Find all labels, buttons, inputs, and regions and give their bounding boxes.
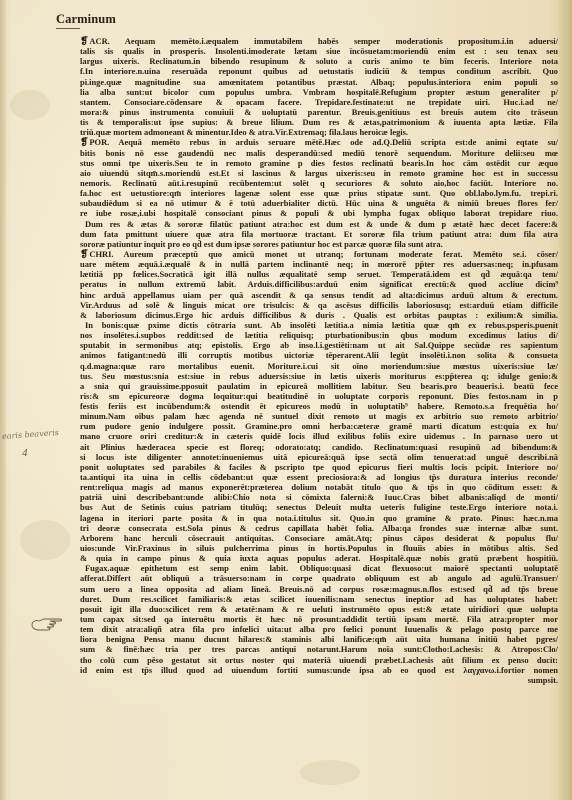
- text-line: rent:reliqua magis ad manus exponerēt:pr…: [80, 482, 558, 492]
- text-line: f.In interiore.n.uina reseruāda reponunt…: [80, 66, 558, 76]
- text-line: sum & finē:hæc tria per tres parcas anti…: [80, 644, 558, 654]
- handwritten-margin-note: earis beaveris: [2, 428, 59, 441]
- text-line: tho colū cum pēso gestatut sit ortus nos…: [80, 655, 558, 665]
- text-line: hinc arduā appellamus uiam per quā ascen…: [80, 290, 558, 300]
- text-line: fa.hoc est uetustiore:qm̄ interiores lag…: [80, 188, 558, 198]
- paragraph-mark-icon: ❡: [80, 249, 88, 259]
- text-line: Vir.Arduus ad solē & linguis micat ore t…: [80, 300, 558, 310]
- text-line: subaudiēdum si ea nō utimur & ē totū adu…: [80, 198, 558, 208]
- text-line: nos insolētes.i.supbos reddit:sed de læt…: [80, 330, 558, 340]
- text-line: talis sis qualis in prosperis. Insolenti…: [80, 46, 558, 56]
- text-line: mora:& pinus instrumenta conuiuii & uolu…: [80, 107, 558, 117]
- text-line: tus. Seu mœstus:snia est:siue in rebus a…: [80, 371, 558, 381]
- page-edge: [558, 0, 572, 800]
- text-line: liora benigna Pensa manu ducunt hilares:…: [80, 634, 558, 644]
- text-line: uios:unde Vir.Fraxinus in siluis pulcher…: [80, 543, 558, 553]
- text-line: animos fatigant:nedū illi corruptis moti…: [80, 350, 558, 360]
- text-line: ris:& sm epicureoræ dogma loquitur:qui b…: [80, 391, 558, 401]
- text-line: tri deoræ consecrata est.Sola pinus & ce…: [80, 523, 558, 533]
- text-line: lætitiā pp fœlices.Socraticā igit illā n…: [80, 269, 558, 279]
- text-line: festis feriis est incūbendum:& ostendit …: [80, 401, 558, 411]
- text-line: dum fata pmittunt uiuere quæ atra fila m…: [80, 229, 558, 239]
- text-line: patriā uini describebant:unde alibi:Chio…: [80, 492, 558, 502]
- text-line: afferat.Differt aūt obliquū a trāsuerso:…: [80, 573, 558, 583]
- text-line: id enim est tp̄s illud quod ad uiuendum …: [80, 665, 558, 675]
- text-line: In bonis:quæ pxime dictis cōtraria sunt.…: [80, 320, 558, 330]
- handwritten-margin-mark: 4: [22, 447, 28, 459]
- book-page: Carminum earis beaveris 4 ❡ACR. Aequam m…: [0, 0, 572, 800]
- paragraph-mark-icon: ❡: [80, 137, 88, 147]
- manicule-pointing-hand-icon: [30, 616, 66, 632]
- text-line: si locus iste diligenter annotet:inuenie…: [80, 452, 558, 462]
- text-line: posuit igit illa duo:scilicet rem & ætat…: [80, 604, 558, 614]
- text-line: ❡ACR. Aequam memēto.i.æqualem immutabile…: [80, 36, 558, 46]
- paragraph-mark-icon: ❡: [80, 36, 88, 46]
- text-line: mano cruore oriri creditur:& in cæteris …: [80, 431, 558, 441]
- running-head: Carminum: [56, 12, 116, 27]
- text-line: stus omni tpe uixeris.Seu te in remoto g…: [80, 158, 558, 168]
- paper-stain: [20, 520, 70, 560]
- text-line: bus Aut de Setinis cuius patriam titulūq…: [80, 502, 558, 512]
- text-line: ponit uoluptates sed parabiles & faciles…: [80, 462, 558, 472]
- text-line: lia alba sunt:ut bicolor cum populus umb…: [80, 87, 558, 97]
- text-line: aio uiuendū sitqm̄.s.moriendū est.Et si …: [80, 168, 558, 178]
- text-line: Arborem hanc herculi cōsecrauit antiquit…: [80, 533, 558, 543]
- page-gutter: [0, 0, 6, 800]
- text-line: ❡CHRI. Aureum præceptū quo amicū monet u…: [80, 249, 558, 259]
- text-line: duret. Dum res.scilicet familiaris:& æta…: [80, 594, 558, 604]
- paper-stain: [10, 90, 50, 120]
- text-line: sum uero a linea opposita ad aliam lineā…: [80, 584, 558, 594]
- text-line: Fugax.aquæ epithetum est semp enim labit…: [80, 563, 558, 573]
- text-line: bitis bonis nō esse gaudendū nec malis d…: [80, 148, 558, 158]
- text-line: & laboriosum dicimus.Ergo hic arduis dif…: [80, 310, 558, 320]
- text-line: uare mētem æquā.i.æqualē & in nullā part…: [80, 259, 558, 269]
- text-line: lagena in iteriori parte posita & in qua…: [80, 513, 558, 523]
- text-line: tis & temporalis:ut ipse supius: & breue…: [80, 117, 558, 127]
- text-line: largus uixeris. Reclinatum.in bibendo re…: [80, 56, 558, 66]
- text-line: triū.quæ mortem admoneant & minentur.Ide…: [80, 127, 558, 137]
- text-line: minum.Nam oībus palam hæc agenda nē sunt…: [80, 411, 558, 421]
- text-line: sputabit in sermonibus atq; epistolis. E…: [80, 340, 558, 350]
- text-line: tem dixit atra:aliqñ atra fila pro infœl…: [80, 624, 558, 634]
- running-head-underline: [56, 28, 80, 29]
- text-line: q.d.magna:quæ raro mortalibus euenit. Mo…: [80, 361, 558, 371]
- text-line: peratus in nullum extremū labit. Arduis.…: [80, 279, 558, 289]
- text-line: rum pudore genio indulgere possit. Grami…: [80, 421, 558, 431]
- text-line: sororæ patiuntur inquit pro eo qd̄ est d…: [80, 239, 558, 249]
- commentary-text-block: ❡ACR. Aequam memēto.i.æqualem immutabile…: [80, 36, 558, 685]
- text-line: ❡POR. Aequā memēto rebus in arduis serua…: [80, 137, 558, 147]
- paper-stain: [300, 760, 360, 785]
- text-line: stantem. Consociare.cōdensare & opacam f…: [80, 97, 558, 107]
- text-line: a snia qui grauissime.pposuit paulatim i…: [80, 381, 558, 391]
- text-line: ta.antiqui ita uina in cellis cōdebant:u…: [80, 472, 558, 482]
- text-line: sumpsit.: [80, 675, 558, 685]
- text-line: nemoris. Reclinatū aūt.i.resupinū recūbe…: [80, 178, 558, 188]
- text-line: re iube rosæ,i.ubi hospitalē consociant …: [80, 208, 558, 218]
- text-line: Dum res & ætas & sororæ filatūc patiunt …: [80, 219, 558, 229]
- text-line: & quia in campo pinus & quia iuxta aquas…: [80, 553, 558, 563]
- text-line: tum capax sit:sed qa interuētu mortis ēt…: [80, 614, 558, 624]
- text-line: ait Plinius hæderacea specie est floreq;…: [80, 442, 558, 452]
- text-line: pi.inge.quæ magnitudine sua amœnitatem p…: [80, 77, 558, 87]
